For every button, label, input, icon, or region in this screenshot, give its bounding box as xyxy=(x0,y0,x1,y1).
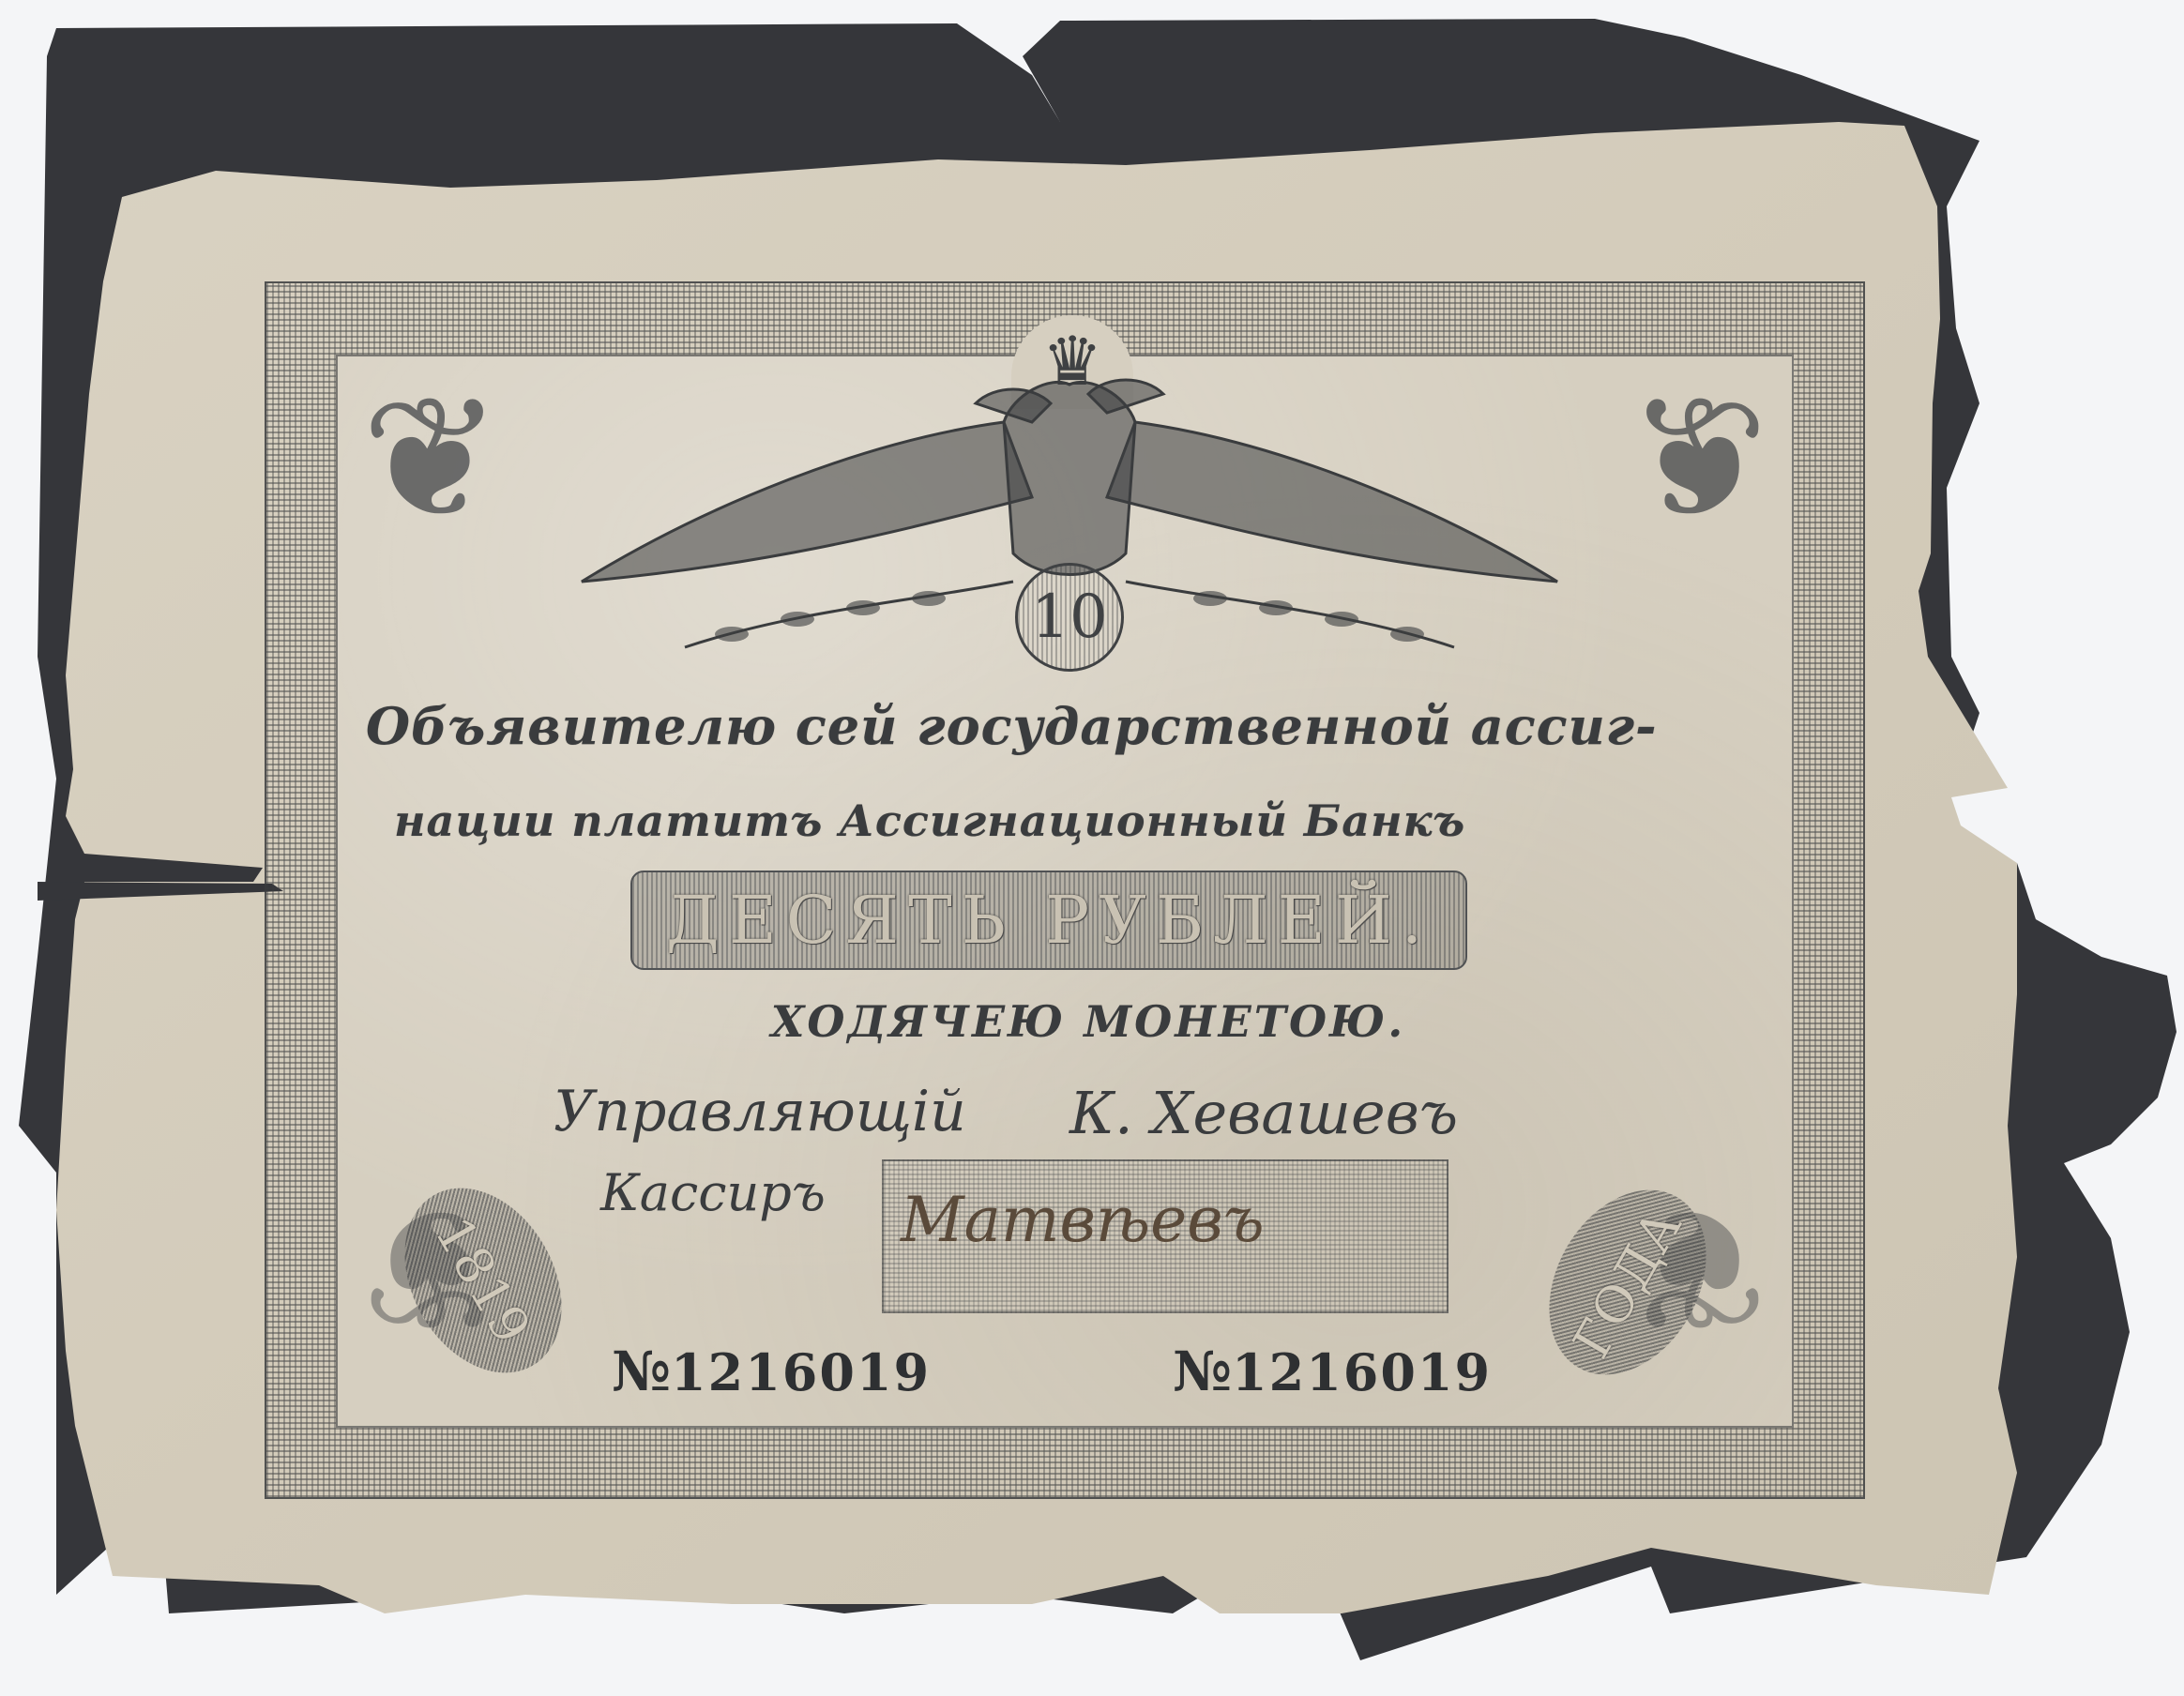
year-text: 1819 xyxy=(423,1206,542,1354)
cashier-label: Кассиръ xyxy=(600,1163,826,1222)
amount-panel: ДЕСЯТЬ РУБЛЕЙ. xyxy=(630,871,1467,970)
serial-number-right: №1216019 xyxy=(1173,1340,1492,1403)
header-text-line-1: Объявителю сей государственной ассиг- xyxy=(366,696,1773,756)
corner-flourish-icon-top-right: ❦ xyxy=(1614,356,1782,563)
cashier-signature: Матвѣевъ xyxy=(901,1184,1265,1256)
serial-value: 1216019 xyxy=(671,1342,931,1402)
denomination-numeral: 10 xyxy=(1031,583,1107,652)
corner-flourish-icon-top-left: ❦ xyxy=(347,356,516,563)
header-text-line-2: нации платитъ Ассигнационный Банкъ xyxy=(394,795,1801,846)
numero-sign: № xyxy=(612,1340,671,1403)
currency-line: ХОДЯЧЕЮ МОНЕТОЮ. xyxy=(713,996,1464,1047)
manager-signature: К. Хевашевъ xyxy=(1069,1079,1458,1147)
serial-number-left: №1216019 xyxy=(612,1340,931,1403)
denomination-medallion: 10 xyxy=(1015,563,1124,672)
serial-value: 1216019 xyxy=(1232,1342,1492,1402)
numero-sign: № xyxy=(1173,1340,1232,1403)
amount-words: ДЕСЯТЬ РУБЛЕЙ. xyxy=(666,882,1432,959)
manager-label: Управляющій xyxy=(554,1079,966,1144)
